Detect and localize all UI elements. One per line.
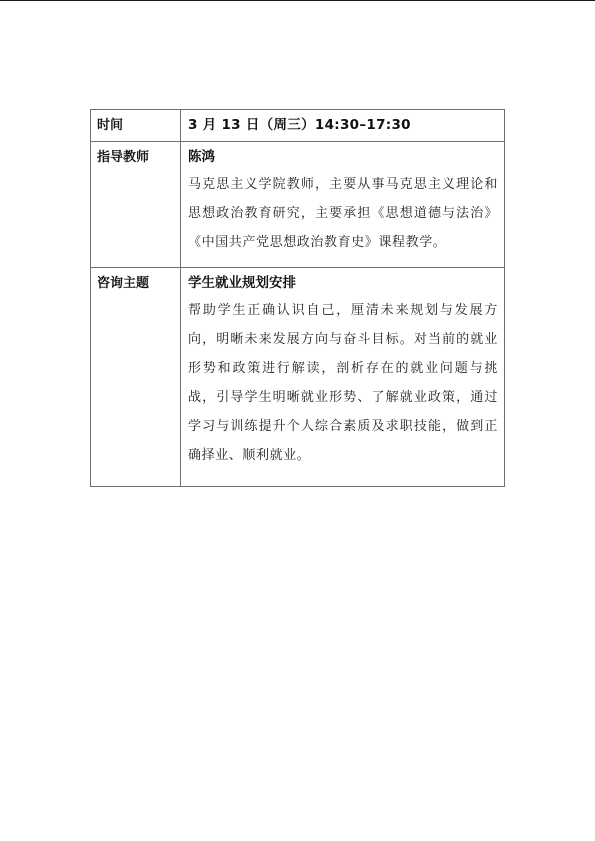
topic-description: 帮助学生正确认识自己，厘清未来规划与发展方向，明晰未来发展方向与奋斗目标。对当前… <box>188 296 498 470</box>
topic-label: 咨询主题 <box>91 268 181 487</box>
teacher-label: 指导教师 <box>91 142 181 268</box>
page-top-rule <box>0 0 595 1</box>
consultation-info-table: 时间 3 月 13 日（周三）14:30–17:30 指导教师 陈鸿 马克思主义… <box>90 109 505 487</box>
table-row-teacher: 指导教师 陈鸿 马克思主义学院教师，主要从事马克思主义理论和思想政治教育研究，主… <box>91 142 505 268</box>
time-label: 时间 <box>91 110 181 142</box>
topic-title: 学生就业规划安排 <box>188 274 498 293</box>
topic-cell: 学生就业规划安排 帮助学生正确认识自己，厘清未来规划与发展方向，明晰未来发展方向… <box>181 268 505 487</box>
teacher-description: 马克思主义学院教师，主要从事马克思主义理论和思想政治教育研究，主要承担《思想道德… <box>188 170 498 257</box>
table-row-topic: 咨询主题 学生就业规划安排 帮助学生正确认识自己，厘清未来规划与发展方向，明晰未… <box>91 268 505 487</box>
teacher-cell: 陈鸿 马克思主义学院教师，主要从事马克思主义理论和思想政治教育研究，主要承担《思… <box>181 142 505 268</box>
table-row-time: 时间 3 月 13 日（周三）14:30–17:30 <box>91 110 505 142</box>
teacher-name: 陈鸿 <box>188 148 498 167</box>
time-value: 3 月 13 日（周三）14:30–17:30 <box>181 110 505 142</box>
